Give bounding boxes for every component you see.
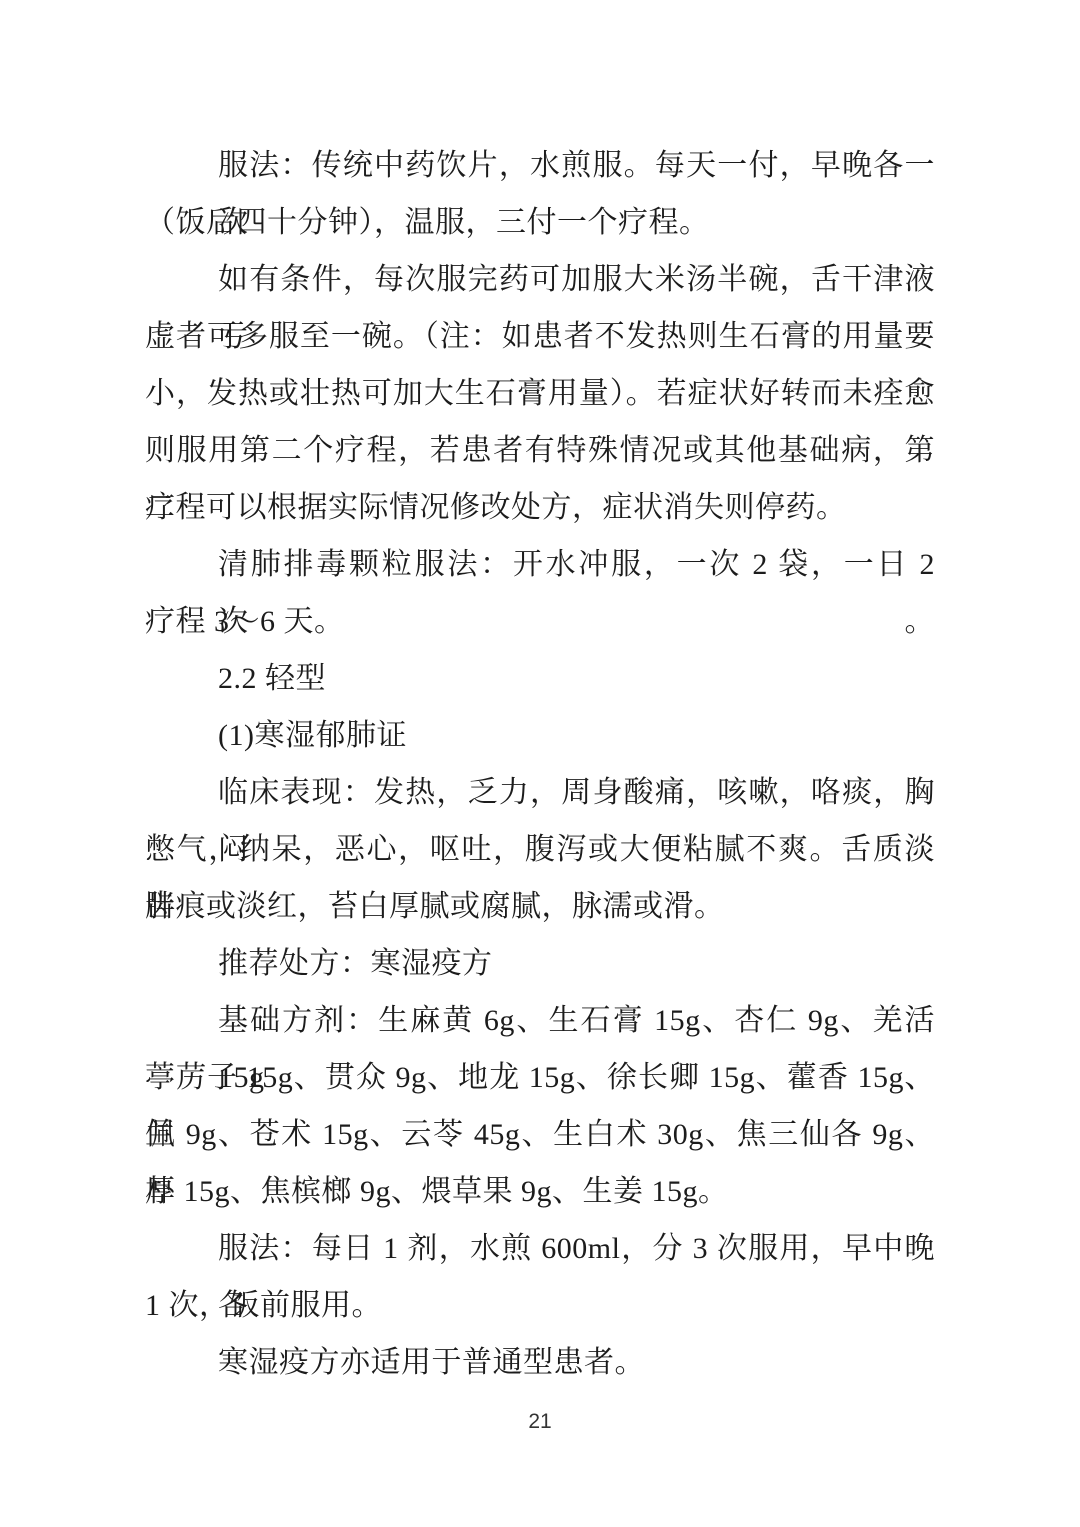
- document-line: 葶苈子 15g、贯众 9g、地龙 15g、徐长卿 15g、藿香 15g、佩: [145, 1049, 935, 1106]
- document-body: 服法：传统中药饮片，水煎服。每天一付，早晚各一次 （饭后四十分钟），温服，三付一…: [145, 137, 935, 1391]
- document-line: 朴 15g、焦槟榔 9g、煨草果 9g、生姜 15g。: [145, 1163, 935, 1220]
- document-line: 1 次，饭前服用。: [145, 1277, 935, 1334]
- document-line: 推荐处方：寒湿疫方: [145, 935, 935, 992]
- document-line: 基础方剂：生麻黄 6g、生石膏 15g、杏仁 9g、羌活 15g、: [145, 992, 935, 1049]
- document-line: 疗程可以根据实际情况修改处方，症状消失则停药。: [145, 479, 935, 536]
- document-line: 则服用第二个疗程，若患者有特殊情况或其他基础病，第二: [145, 422, 935, 479]
- document-line: 服法：每日 1 剂，水煎 600ml，分 3 次服用，早中晚各: [145, 1220, 935, 1277]
- document-line: 虚者可多服至一碗。（注：如患者不发热则生石膏的用量要: [145, 308, 935, 365]
- document-line: 寒湿疫方亦适用于普通型患者。: [145, 1334, 935, 1391]
- document-line: 兰 9g、苍术 15g、云苓 45g、生白术 30g、焦三仙各 9g、厚: [145, 1106, 935, 1163]
- document-line: （饭后四十分钟），温服，三付一个疗程。: [145, 194, 935, 251]
- document-line: 服法：传统中药饮片，水煎服。每天一付，早晚各一次: [145, 137, 935, 194]
- document-line: 临床表现：发热，乏力，周身酸痛，咳嗽，咯痰，胸闷: [145, 764, 935, 821]
- page-number: 21: [0, 1410, 1080, 1434]
- document-line: 清肺排毒颗粒服法：开水冲服，一次 2 袋，一日 2 次。: [145, 536, 935, 593]
- document-line: 憋气，纳呆，恶心，呕吐，腹泻或大便粘腻不爽。舌质淡胖: [145, 821, 935, 878]
- subsection-heading: (1)寒湿郁肺证: [145, 707, 935, 764]
- document-line: 如有条件，每次服完药可加服大米汤半碗，舌干津液亏: [145, 251, 935, 308]
- document-page: 服法：传统中药饮片，水煎服。每天一付，早晚各一次 （饭后四十分钟），温服，三付一…: [0, 0, 1080, 1527]
- document-line: 小，发热或壮热可加大生石膏用量）。若症状好转而未痊愈: [145, 365, 935, 422]
- document-line: 齿痕或淡红，苔白厚腻或腐腻，脉濡或滑。: [145, 878, 935, 935]
- section-heading: 2.2 轻型: [145, 650, 935, 707]
